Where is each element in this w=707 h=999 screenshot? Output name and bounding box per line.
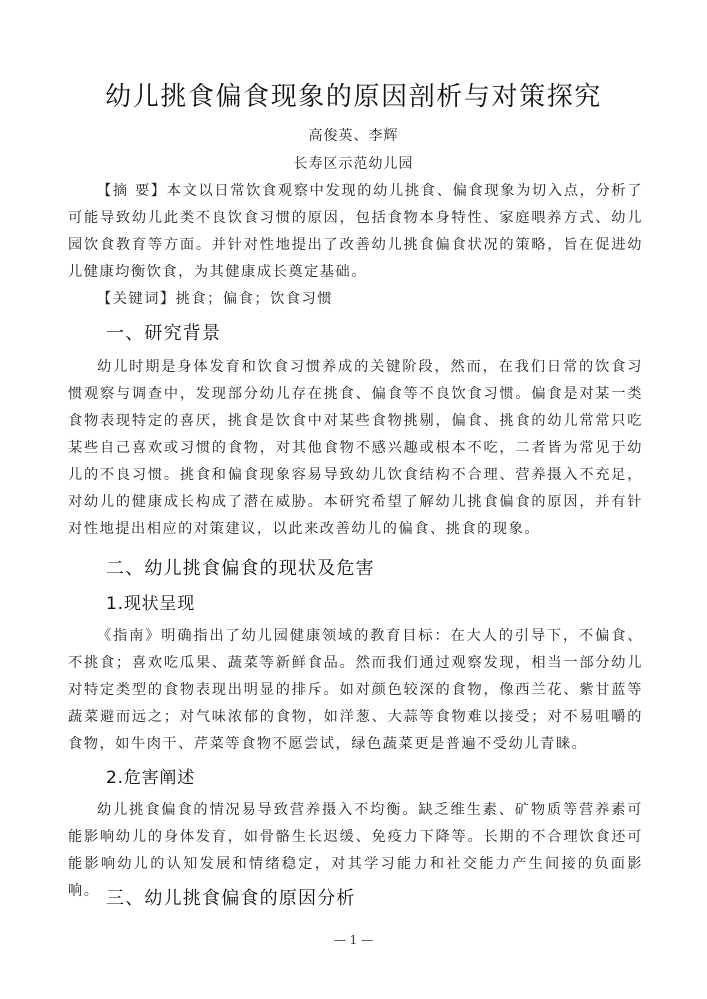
subsection-body-status: 《指南》明确指出了幼儿园健康领域的教育目标：在大人的引导下，不偏食、不挑食；喜欢… — [68, 623, 643, 758]
keywords: 【关键词】挑食；偏食；饮食习惯 — [68, 286, 643, 313]
document-page: 幼儿挑食偏食现象的原因剖析与对策探究 高俊英、李辉 长寿区示范幼儿园 【摘 要】… — [0, 0, 707, 999]
page-number: — 1 — — [0, 932, 707, 948]
document-title: 幼儿挑食偏食现象的原因剖析与对策探究 — [0, 78, 707, 116]
section-heading-causes: 三、幼儿挑食偏食的原因分析 — [106, 886, 356, 912]
affiliation: 长寿区示范幼儿园 — [0, 154, 707, 174]
abstract: 【摘 要】本文以日常饮食观察中发现的幼儿挑食、偏食现象为切入点，分析了可能导致幼… — [68, 178, 643, 286]
authors: 高俊英、李辉 — [0, 126, 707, 146]
subsection-heading-status: 1.现状呈现 — [106, 591, 195, 617]
section-heading-background: 一、研究背景 — [106, 321, 221, 347]
subsection-heading-harm: 2.危害阐述 — [106, 765, 195, 791]
section-heading-status-harm: 二、幼儿挑食偏食的现状及危害 — [106, 556, 375, 582]
section-body-background: 幼儿时期是身体发育和饮食习惯养成的关键阶段，然而，在我们日常的饮食习惯观察与调查… — [68, 354, 643, 543]
